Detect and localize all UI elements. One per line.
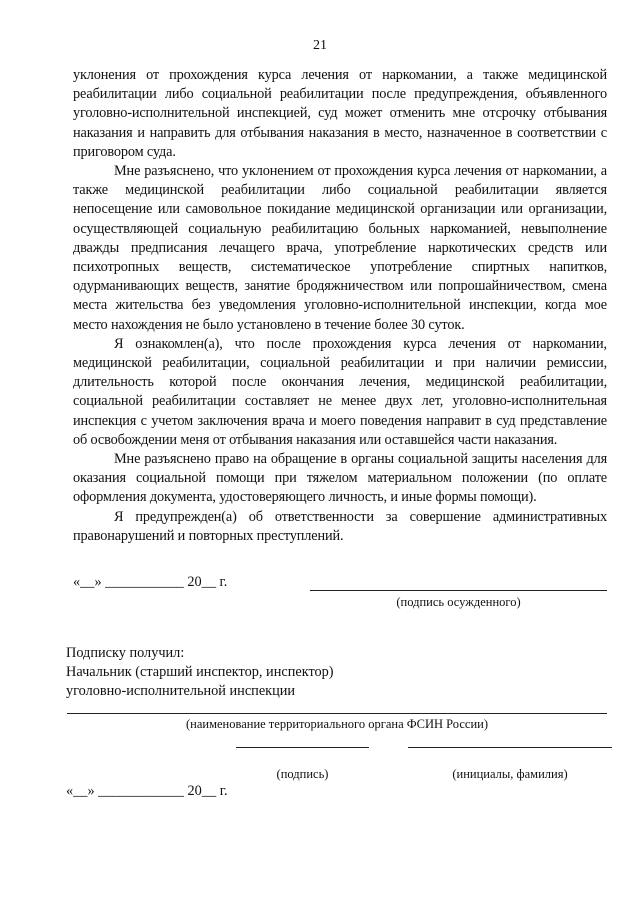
inspector-name-caption: (инициалы, фамилия)	[408, 767, 612, 782]
organization-name-caption: (наименование территориального органа ФС…	[67, 717, 607, 732]
page-number: 21	[0, 38, 640, 54]
receipt-inspection-label: уголовно-исполнительной инспекции	[66, 682, 334, 701]
paragraph-release-conditions: Я ознакомлен(а), что после прохождения к…	[73, 335, 607, 450]
paragraph-liability-warning: Я предупрежден(а) об ответственности за …	[73, 508, 607, 546]
inspector-signature-line	[236, 747, 369, 748]
paragraph-social-assistance: Мне разъяснено право на обращение в орга…	[73, 450, 607, 508]
paragraph-evasion-definition: Мне разъяснено, что уклонением от прохож…	[73, 162, 607, 335]
receipt-received-label: Подписку получил:	[66, 644, 334, 663]
convict-signature-line	[310, 590, 607, 591]
receipt-official-title: Начальник (старший инспектор, инспектор)	[66, 663, 334, 682]
inspector-name-line	[408, 747, 612, 748]
organization-name-line	[67, 713, 607, 714]
paragraph-evasion-consequences: уклонения от прохождения курса лечения о…	[73, 66, 607, 162]
receipt-block: Подписку получил: Начальник (старший инс…	[66, 644, 334, 701]
document-body: уклонения от прохождения курса лечения о…	[73, 66, 607, 546]
convict-signature-caption: (подпись осужденного)	[310, 595, 607, 610]
inspector-signature-caption: (подпись)	[236, 767, 369, 782]
convict-date-field: «__» ___________ 20__ г.	[73, 574, 227, 591]
inspector-date-field: «__» ____________ 20__ г.	[66, 783, 228, 800]
